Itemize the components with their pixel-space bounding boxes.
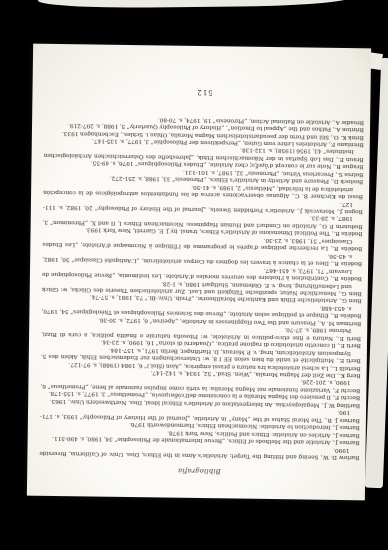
book-page-rotated-180: Bibliografia Barlow D. W., Seeing and Hi…: [27, 44, 371, 501]
top-page-edge-sliver: [38, 0, 350, 9]
running-header: Bibliografia: [39, 465, 359, 477]
page-content: Bibliografia Barlow D. W., Seeing and Hi…: [39, 86, 364, 477]
scanned-book-photo: Bibliografia Barlow D. W., Seeing and Hi…: [0, 0, 388, 550]
page-number: 512: [44, 86, 364, 98]
bibliography-list: Barlow D. W., Seeing and Hitting the Tar…: [39, 113, 364, 460]
